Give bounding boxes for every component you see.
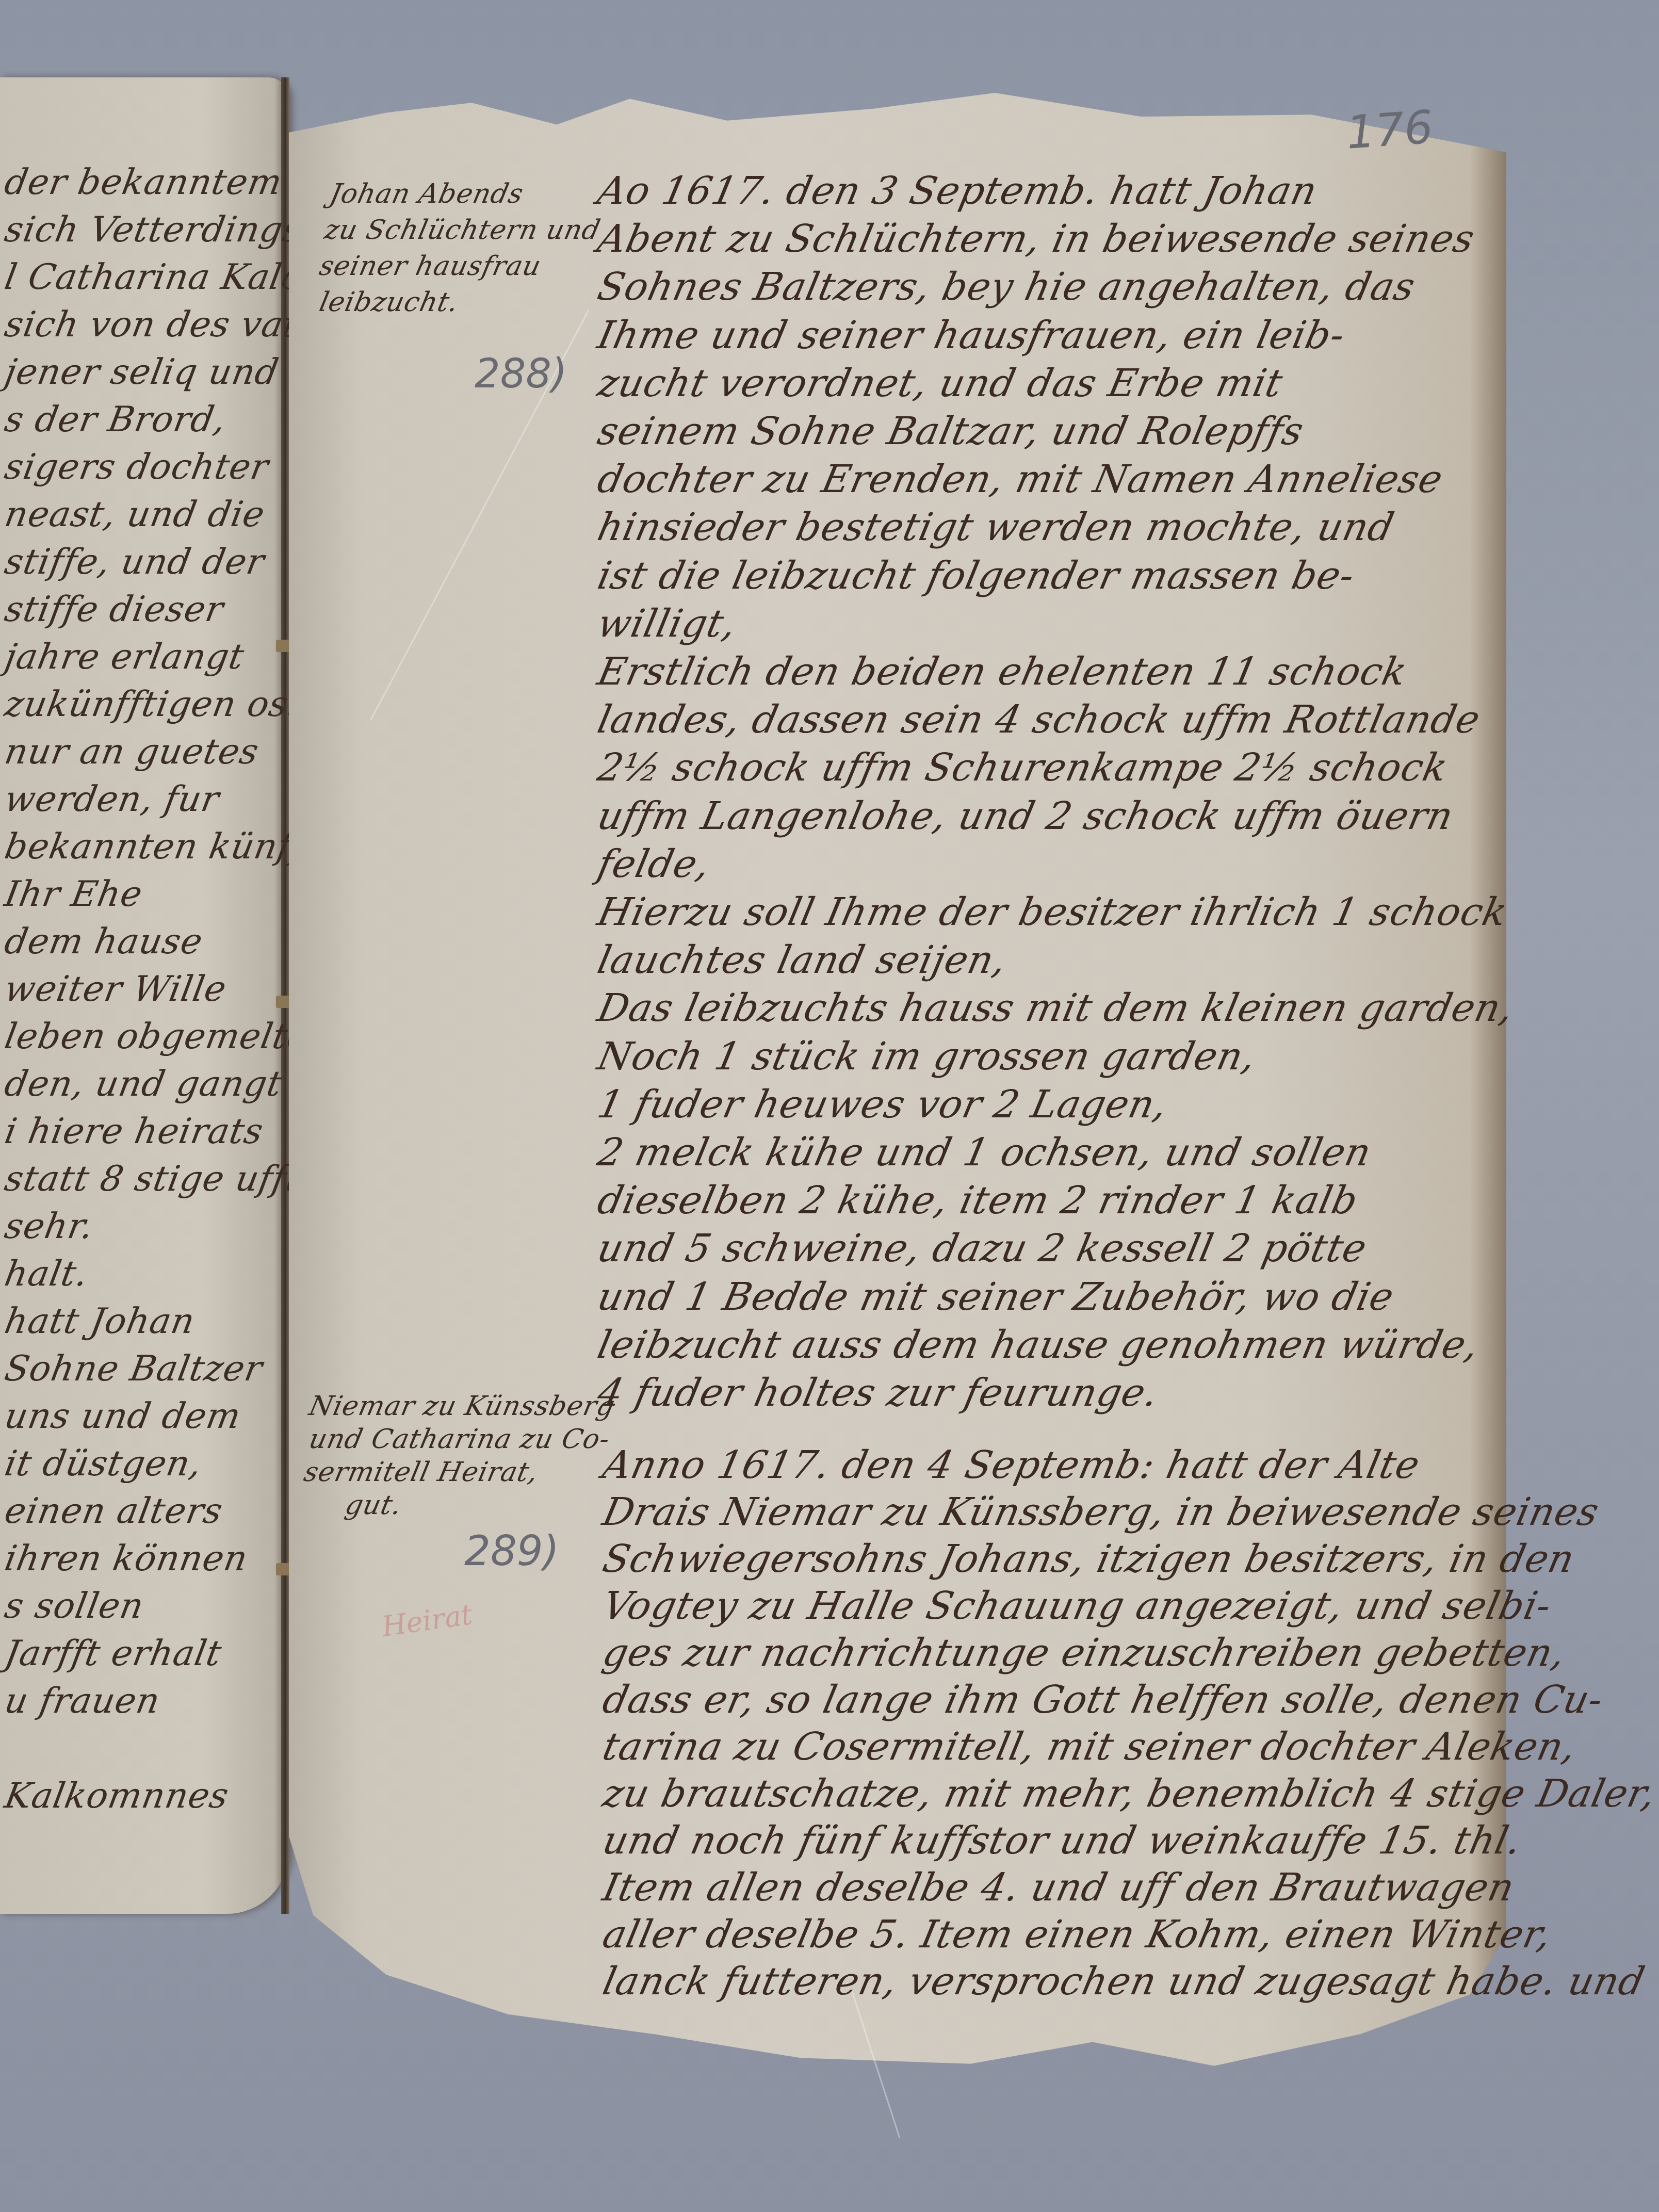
pencil-entry-number: 289)	[464, 1527, 559, 1575]
manuscript-line: und 1 Bedde mit seiner Zubehör, wo die	[593, 1271, 1398, 1323]
manuscript-line: 4 fuder holtes zur feurunge.	[593, 1367, 1163, 1419]
margin-note-line: zu Schlüchtern und	[321, 212, 604, 249]
manuscript-line: Abent zu Schlüchtern, in beiwesende sein…	[593, 213, 1479, 265]
manuscript-line: dochter zu Erenden, mit Namen Anneliese	[593, 453, 1447, 505]
manuscript-line: Das leibzuchts hauss mit dem kleinen gar…	[593, 982, 1518, 1034]
manuscript-line: zu brautschatze, mit mehr, benemblich 4 …	[598, 1768, 1659, 1819]
manuscript-line: lanck futteren, versprochen und zugesagt…	[598, 1956, 1649, 2007]
margin-note-line: Johan Abends	[326, 175, 527, 213]
manuscript-line: und 5 schweine, dazu 2 kessell 2 pötte	[593, 1223, 1372, 1274]
manuscript-line: zucht verordnet, und das Erbe mit	[593, 357, 1288, 409]
pencil-entry-number: 288)	[475, 351, 567, 397]
manuscript-line: dieselben 2 kühe, item 2 rinder 1 kalb	[593, 1175, 1362, 1226]
manuscript-line: uffm Langenlohe, und 2 schock uffm öuern	[593, 790, 1458, 842]
manuscript-line: Drais Niemar zu Künssberg, in beiwesende…	[598, 1486, 1603, 1538]
manuscript-line: 2½ schock uffm Schurenkampe 2½ schock	[593, 742, 1453, 793]
manuscript-line: Ihme und seiner hausfrauen, ein leib-	[593, 310, 1349, 361]
manuscript-line: tarina zu Cosermitell, mit seiner dochte…	[598, 1721, 1581, 1772]
left-page-line: Kalkomnnes	[0, 1768, 233, 1824]
margin-note-line: und Catharina zu Co-	[305, 1421, 613, 1458]
manuscript-line: landes, dassen sein 4 schock uffm Rottla…	[593, 694, 1485, 745]
margin-note-line: seiner hausfrau	[316, 248, 544, 285]
manuscript-line: 2 melck kühe und 1 ochsen, und sollen	[593, 1127, 1376, 1178]
manuscript-line: 1 fuder heuwes vor 2 Lagen,	[593, 1079, 1172, 1130]
manuscript-line: seinem Sohne Baltzar, und Rolepffs	[593, 405, 1308, 457]
manuscript-line: Schwiegersohns Johans, itzigen besitzers…	[598, 1533, 1579, 1585]
margin-note-line: leibzucht.	[316, 284, 462, 321]
manuscript-line: dass er, so lange ihm Gott helffen solle…	[598, 1674, 1608, 1726]
manuscript-line: ist die leibzucht folgender massen be-	[593, 550, 1359, 601]
manuscript-line: aller deselbe 5. Item einen Kohm, einen …	[598, 1909, 1556, 1960]
margin-note-line: Niemar zu Künssberg	[305, 1388, 619, 1425]
folio-number: 176	[1345, 100, 1435, 159]
manuscript-line: Anno 1617. den 4 Septemb: hatt der Alte	[598, 1439, 1424, 1491]
manuscript-line: willigt,	[593, 598, 741, 649]
manuscript-line: Sohnes Baltzers, bey hie angehalten, das	[593, 261, 1420, 313]
manuscript-line: Erstlich den beiden ehelenten 11 schock	[593, 646, 1412, 697]
margin-note-line: gut.	[341, 1487, 405, 1524]
manuscript-line: felde,	[593, 838, 715, 890]
manuscript-line: leibzucht auss dem hause genohmen würde,	[593, 1319, 1484, 1371]
manuscript-line: Vogtey zu Halle Schauung angezeigt, und …	[598, 1580, 1556, 1632]
manuscript-line: Noch 1 stück im grossen garden,	[593, 1031, 1261, 1082]
manuscript-line: lauchtes land seijen,	[593, 934, 1012, 986]
manuscript-line: und noch fünf kuffstor und weinkauffe 15…	[598, 1815, 1526, 1866]
manuscript-line: Item allen deselbe 4. und uff den Brautw…	[598, 1862, 1519, 1913]
manuscript-line: Ao 1617. den 3 Septemb. hatt Johan	[593, 165, 1322, 217]
left-page-line: u frauen	[0, 1673, 165, 1729]
manuscript-line: Hierzu soll Ihme der besitzer ihrlich 1 …	[593, 886, 1512, 938]
margin-note-line: sermitell Heirat,	[300, 1454, 542, 1491]
manuscript-line: hinsieder bestetigt werden mochte, und	[593, 501, 1398, 553]
manuscript-line: ges zur nachrichtunge einzuschreiben geb…	[598, 1627, 1570, 1679]
